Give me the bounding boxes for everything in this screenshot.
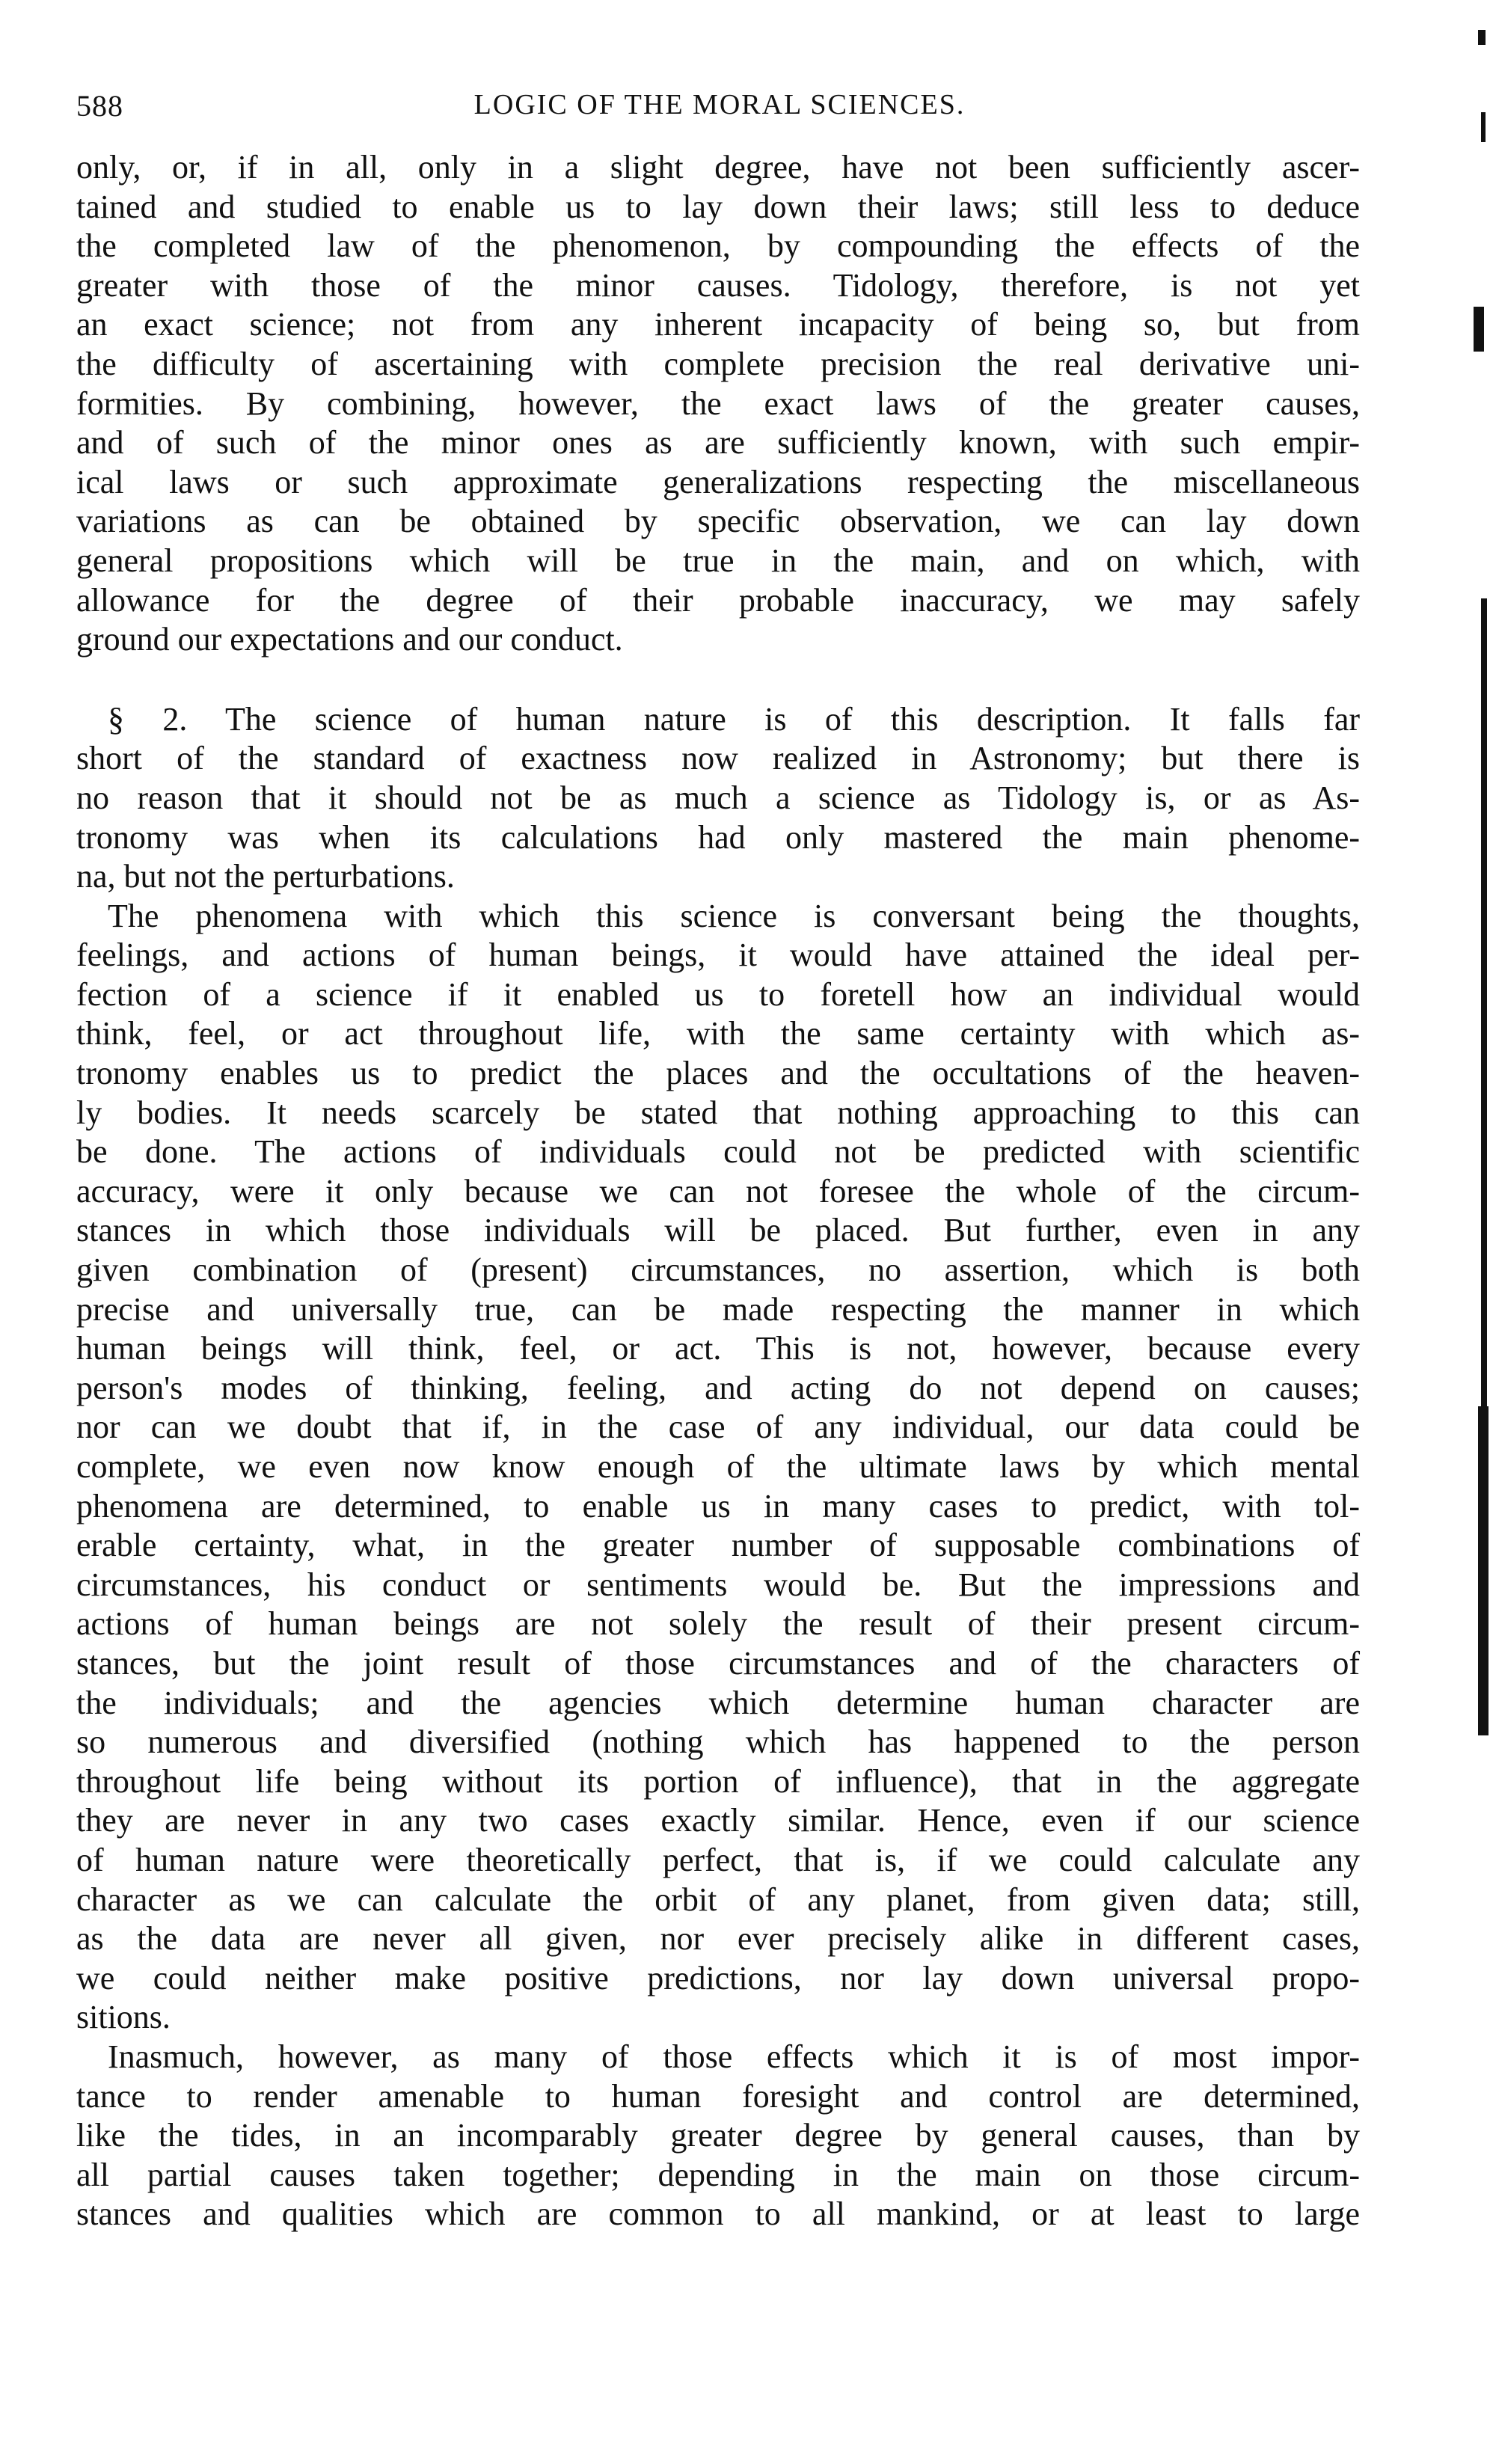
text-line: no reason that it should not be as much … bbox=[76, 779, 1360, 818]
text-line: tance to render amenable to human foresi… bbox=[76, 2077, 1360, 2117]
page-edge-shadow bbox=[1478, 1406, 1489, 1735]
text-line: all partial causes taken together; depen… bbox=[76, 2156, 1360, 2195]
text-line: stances, but the joint result of those c… bbox=[76, 1644, 1360, 1684]
text-line: stances and qualities which are common t… bbox=[76, 2195, 1360, 2234]
paragraph: Inasmuch, however, as many of those effe… bbox=[76, 2038, 1360, 2234]
text-line: only, or, if in all, only in a slight de… bbox=[76, 148, 1360, 188]
text-line: Inasmuch, however, as many of those effe… bbox=[76, 2038, 1360, 2077]
text-line: circumstances, his conduct or sentiments… bbox=[76, 1566, 1360, 1605]
text-line: an exact science; not from any inherent … bbox=[76, 305, 1360, 345]
text-line: the individuals; and the agencies which … bbox=[76, 1684, 1360, 1723]
text-line: accuracy, were it only because we can no… bbox=[76, 1172, 1360, 1212]
text-line: throughout life being without its portio… bbox=[76, 1762, 1360, 1802]
text-line: actions of human beings are not solely t… bbox=[76, 1605, 1360, 1644]
text-line: so numerous and diversified (nothing whi… bbox=[76, 1723, 1360, 1762]
text-line: precise and universally true, can be mad… bbox=[76, 1290, 1360, 1330]
text-line: sitions. bbox=[76, 1998, 1360, 2038]
paragraph-section-2: § 2. The science of human nature is of t… bbox=[76, 700, 1360, 897]
text-line: tronomy was when its calculations had on… bbox=[76, 818, 1360, 858]
text-line: like the tides, in an incomparably great… bbox=[76, 2116, 1360, 2156]
text-line: fection of a science if it enabled us to… bbox=[76, 975, 1360, 1015]
text-line: complete, we even now know enough of the… bbox=[76, 1447, 1360, 1487]
text-line: tronomy enables us to predict the places… bbox=[76, 1054, 1360, 1094]
text-line: the completed law of the phenomenon, by … bbox=[76, 227, 1360, 266]
page-edge-shadow bbox=[1481, 112, 1486, 142]
text-line: ground our expectations and our conduct. bbox=[76, 620, 1360, 660]
paragraph: The phenomena with which this science is… bbox=[76, 897, 1360, 2038]
text-line: be done. The actions of individuals coul… bbox=[76, 1133, 1360, 1172]
text-line: stances in which those individuals will … bbox=[76, 1211, 1360, 1251]
text-line: nor can we doubt that if, in the case of… bbox=[76, 1408, 1360, 1447]
book-page: 588 LOGIC OF THE MORAL SCIENCES. only, o… bbox=[0, 0, 1490, 2464]
section-heading-line: § 2. The science of human nature is of t… bbox=[76, 700, 1360, 740]
text-line: feelings, and actions of human beings, i… bbox=[76, 936, 1360, 975]
text-line: ical laws or such approximate generaliza… bbox=[76, 463, 1360, 503]
text-line: ly bodies. It needs scarcely be stated t… bbox=[76, 1094, 1360, 1133]
body-text: only, or, if in all, only in a slight de… bbox=[76, 148, 1360, 2234]
running-title: LOGIC OF THE MORAL SCIENCES. bbox=[76, 88, 1363, 121]
text-line: tained and studied to enable us to lay d… bbox=[76, 188, 1360, 227]
text-line: na, but not the perturbations. bbox=[76, 857, 1360, 897]
text-line: character as we can calculate the orbit … bbox=[76, 1881, 1360, 1920]
text-line: The phenomena with which this science is… bbox=[76, 897, 1360, 937]
text-line: they are never in any two cases exactly … bbox=[76, 1801, 1360, 1841]
text-line: think, feel, or act throughout life, wit… bbox=[76, 1014, 1360, 1054]
text-line: the difficulty of ascertaining with comp… bbox=[76, 345, 1360, 384]
text-line: greater with those of the minor causes. … bbox=[76, 266, 1360, 306]
text-line: variations as can be obtained by specifi… bbox=[76, 502, 1360, 542]
text-line: phenomena are determined, to enable us i… bbox=[76, 1487, 1360, 1527]
running-header: 588 LOGIC OF THE MORAL SCIENCES. bbox=[76, 88, 1363, 133]
text-line: given combination of (present) circumsta… bbox=[76, 1251, 1360, 1290]
text-line: formities. By combining, however, the ex… bbox=[76, 384, 1360, 424]
text-line: person's modes of thinking, feeling, and… bbox=[76, 1369, 1360, 1409]
text-line: erable certainty, what, in the greater n… bbox=[76, 1526, 1360, 1566]
text-line: and of such of the minor ones as are suf… bbox=[76, 423, 1360, 463]
text-line: general propositions which will be true … bbox=[76, 542, 1360, 581]
section-break bbox=[76, 660, 1360, 700]
text-line: as the data are never all given, nor eve… bbox=[76, 1919, 1360, 1959]
text-line: short of the standard of exactness now r… bbox=[76, 739, 1360, 779]
page-edge-shadow bbox=[1478, 30, 1486, 45]
text-line: human beings will think, feel, or act. T… bbox=[76, 1329, 1360, 1369]
paragraph: only, or, if in all, only in a slight de… bbox=[76, 148, 1360, 660]
text-line: of human nature were theoretically perfe… bbox=[76, 1841, 1360, 1881]
page-edge-shadow bbox=[1474, 307, 1484, 352]
text-line: allowance for the degree of their probab… bbox=[76, 581, 1360, 621]
text-line: we could neither make positive predictio… bbox=[76, 1959, 1360, 1999]
